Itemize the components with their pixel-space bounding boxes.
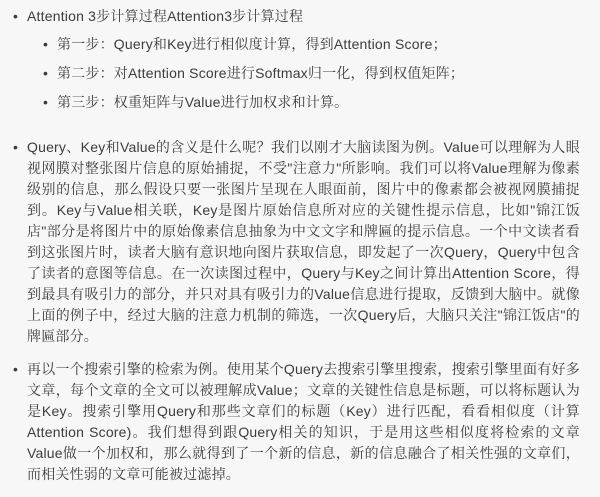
qkv-meaning-paragraph: Query、Key和Value的含义是什么呢？我们以刚才大脑读图为例。Value… [27, 137, 580, 347]
article-body: • Attention 3步计算过程Attention3步计算过程 • 第一步：… [0, 0, 600, 485]
bullet-icon: • [13, 6, 27, 27]
list-item-search-engine-example: • 再以一个搜索引擎的检索为例。使用某个Query去搜索引擎里搜索，搜索引擎里面… [13, 359, 580, 485]
step-1-text: 第一步：Query和Key进行相似度计算，得到Attention Score； [57, 34, 580, 55]
list-item-attention-steps-title: • Attention 3步计算过程Attention3步计算过程 [13, 6, 580, 27]
steps-sub-list: • 第一步：Query和Key进行相似度计算，得到Attention Score… [13, 34, 580, 113]
step-2-text: 第二步：对Attention Score进行Softmax归一化，得到权值矩阵； [57, 63, 580, 84]
list-item-step-1: • 第一步：Query和Key进行相似度计算，得到Attention Score… [13, 34, 580, 55]
section-title-text: Attention 3步计算过程Attention3步计算过程 [27, 6, 580, 27]
bullet-icon: • [13, 137, 27, 158]
list-item-qkv-meaning: • Query、Key和Value的含义是什么呢？我们以刚才大脑读图为例。Val… [13, 137, 580, 347]
search-engine-paragraph: 再以一个搜索引擎的检索为例。使用某个Query去搜索引擎里搜索，搜索引擎里面有好… [27, 359, 580, 485]
bullet-icon: • [43, 34, 57, 55]
list-item-step-2: • 第二步：对Attention Score进行Softmax归一化，得到权值矩… [13, 63, 580, 84]
bullet-icon: • [43, 63, 57, 84]
bullet-icon: • [13, 359, 27, 380]
list-item-step-3: • 第三步：权重矩阵与Value进行加权求和计算。 [13, 92, 580, 113]
step-3-text: 第三步：权重矩阵与Value进行加权求和计算。 [57, 92, 580, 113]
bullet-icon: • [43, 92, 57, 113]
